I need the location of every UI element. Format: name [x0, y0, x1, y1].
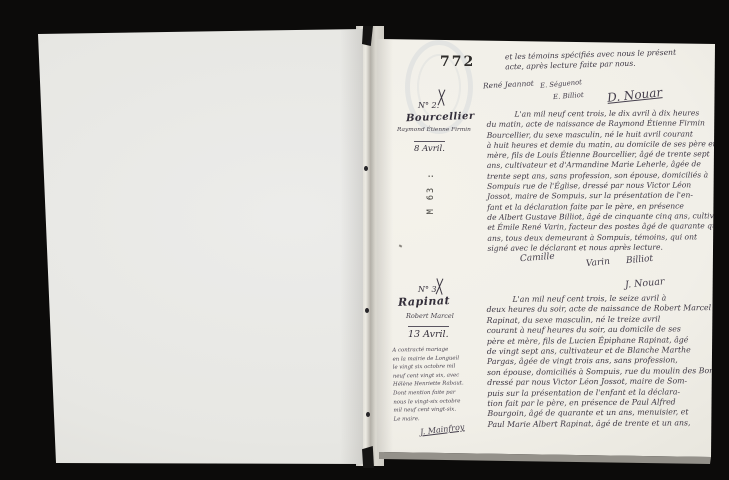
- handwritten-line: signé avec le déclarant et nous après le…: [487, 242, 729, 254]
- margin-given-names: Raymond Étienne Firmin: [397, 127, 471, 133]
- margin-date: 13 Avril.: [408, 326, 449, 340]
- binding-hole: [365, 308, 369, 313]
- act-continuation-text: et les témoins spécifiés avec nous le pr…: [505, 48, 677, 73]
- spine-notch-bottom: [362, 446, 374, 468]
- margin-date: 8 Avril.: [414, 141, 445, 154]
- margin-surname: Bourcellier: [406, 111, 475, 124]
- birth-act-entry-2: L'an mil neuf cent trois, le seize avril…: [486, 293, 729, 430]
- page-number: 772: [440, 54, 475, 70]
- handwritten-line: Paul Marie Albert Rapinat, âgé de trente…: [488, 418, 729, 431]
- signature: Billiot: [626, 254, 654, 266]
- handwritten-line: Jossot, maire de Sompuis, sur la présent…: [487, 191, 729, 203]
- handwritten-line: mil neuf cent vingt-six.: [393, 406, 464, 416]
- signature: J. Mainfroy: [420, 422, 465, 436]
- signature: E. Séguenot: [540, 78, 582, 90]
- binding-hole: [367, 40, 371, 45]
- margin-surname: Rapinat: [398, 294, 451, 309]
- archive-cote-stamp: M 63 :: [426, 166, 436, 220]
- handwritten-line: ans, tous deux demeurant à Sompuis, témo…: [487, 232, 729, 244]
- signature: René Jeannot: [483, 79, 534, 91]
- paraph-cross-mark: [434, 279, 446, 294]
- signature: Varin: [586, 257, 611, 269]
- binding-hole: [364, 166, 368, 171]
- right-page-gutter-shadow: [377, 39, 393, 453]
- paraph-cross-mark: [436, 90, 448, 105]
- scanned-register-photo: 772 et les témoins spécifiés avec nous l…: [0, 0, 729, 480]
- birth-act-entry-1: L'an mil neuf cent trois, le dix avril à…: [486, 108, 729, 254]
- binding-hole: [366, 412, 370, 417]
- marriage-mention-note: A contracté mariageen la mairie de Longu…: [392, 345, 464, 424]
- signature: Camille: [520, 252, 555, 264]
- left-page-gutter-shadow: [340, 29, 363, 464]
- signature: J. Nouar: [625, 276, 665, 290]
- signature: E. Billiot: [553, 91, 584, 101]
- margin-given-names: Robert Marcel: [406, 312, 454, 320]
- signature: D. Nouar: [606, 85, 662, 105]
- pencil-mark: [399, 244, 403, 247]
